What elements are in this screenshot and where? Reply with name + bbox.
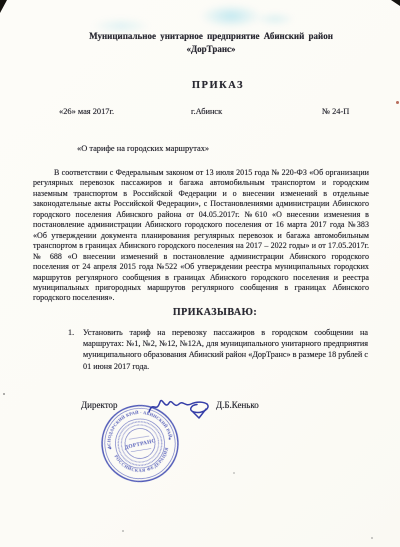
preamble-paragraph: В соответствии с Федеральным законом от … <box>33 168 369 304</box>
organization-name-line1: Муниципальное унитарное предприятие Абин… <box>11 30 400 43</box>
scan-speck <box>396 101 399 104</box>
organization-name: Муниципальное унитарное предприятие Абин… <box>11 30 400 56</box>
document-date: «26» мая 2017г. <box>59 107 114 116</box>
order-item: 1. Установить тариф на перевозку пассажи… <box>83 327 368 372</box>
document-subject: «О тарифе на городских маршрутах» <box>77 144 209 153</box>
order-item-text: Установить тариф на перевозку пассажиров… <box>83 328 368 371</box>
scan-corner-artifact <box>391 0 400 6</box>
resolution-heading: ПРИКАЗЫВАЮ: <box>15 307 400 318</box>
document-city: г.Абинск <box>191 107 222 116</box>
organization-name-line2: «ДорТранс» <box>11 43 400 56</box>
ink-smudge <box>255 12 295 26</box>
scan-speck <box>371 537 373 539</box>
scan-corner-artifact <box>0 0 7 13</box>
document-number: № 24-П <box>322 107 349 116</box>
document-type-title: ПРИКАЗ <box>18 80 400 91</box>
stamp-center-text: ДОРТРАНС <box>124 438 156 451</box>
scan-speck <box>122 530 124 532</box>
scan-speck <box>3 393 5 395</box>
ink-smudge <box>200 4 262 28</box>
signature-name: Д.Б.Кенько <box>216 400 259 410</box>
order-item-number: 1. <box>68 327 74 338</box>
document-page: Муниципальное унитарное предприятие Абин… <box>0 0 400 547</box>
handwritten-signature <box>147 393 213 420</box>
scan-speck <box>233 472 235 474</box>
